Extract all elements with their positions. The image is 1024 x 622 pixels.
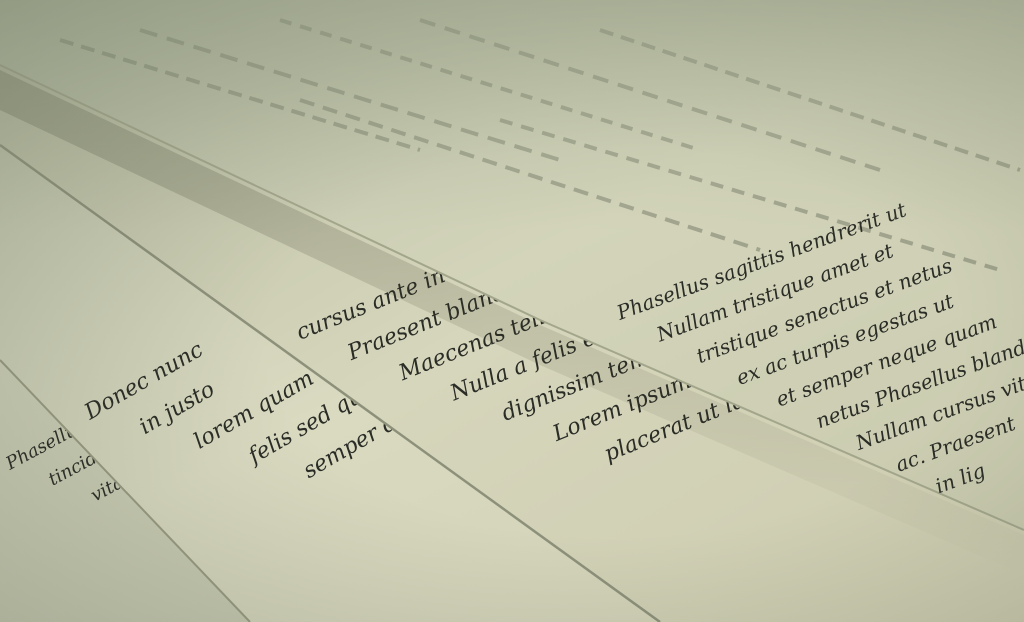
- handwritten-pages-photo: Phasellus tincidunt ex vitae felis: [0, 0, 1024, 622]
- top-sheet: Phasellus sagittis hendrerit ut Nullam t…: [0, 0, 1024, 622]
